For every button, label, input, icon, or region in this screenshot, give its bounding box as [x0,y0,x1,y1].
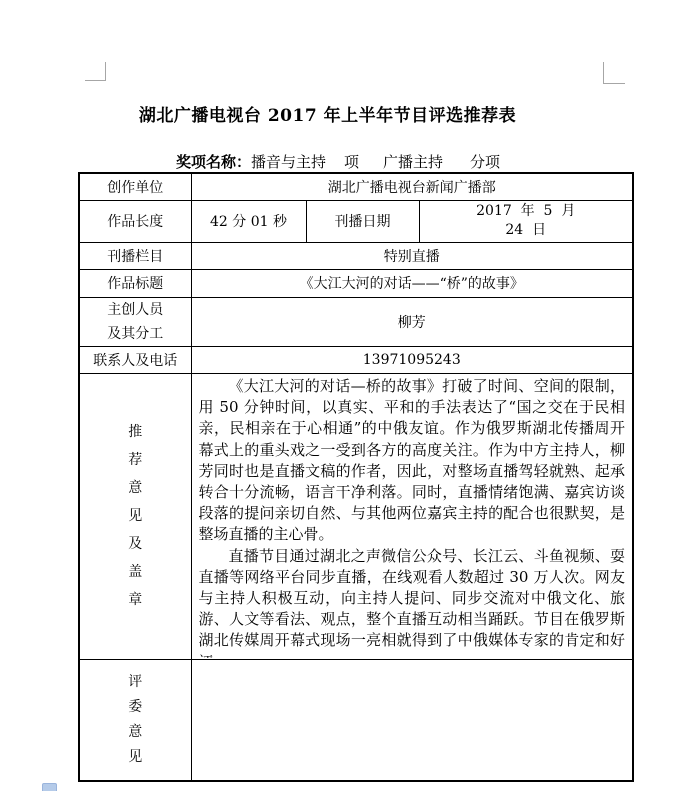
jury-opinion-value [191,659,633,781]
creators-value: 柳芳 [191,297,633,346]
program-column-label: 刊播栏目 [79,242,191,269]
recommendation-paragraph-2: 直播节目通过湖北之声微信公众号、长江云、斗鱼视频、耍直播等网络平台同步直播，在线… [199,546,626,658]
award-category-value: 播音与主持 [251,151,339,173]
contact-label: 联系人及电话 [79,346,191,373]
award-suffix-label: 分项 [470,153,500,171]
program-column-value: 特别直播 [191,242,633,269]
row-creation-unit: 创作单位 湖北广播电视台新闻广播部 [79,173,633,200]
award-name-label: 奖项名称： [176,153,251,171]
row-duration-date: 作品长度 42 分 01 秒 刊播日期 2017 年 5 月 24 日 [79,200,633,242]
creation-unit-value: 湖北广播电视台新闻广播部 [191,173,633,200]
recommendation-vertical-label: 推荐意见及盖章 [127,418,143,614]
contact-value: 13971095243 [191,346,633,373]
work-title-label: 作品标题 [79,269,191,297]
recommendation-text: 《大江大河的对话—桥的故事》打破了时间、空间的限制，用 50 分钟时间，以真实、… [192,374,633,658]
jury-vertical-label: 评委意见 [127,670,143,770]
row-jury-opinion: 评委意见 [79,659,633,781]
row-recommendation: 推荐意见及盖章 《大江大河的对话—桥的故事》打破了时间、空间的限制，用 50 分… [79,373,633,659]
award-name-line: 奖项名称：播音与主持项广播主持分项 [0,151,676,173]
recommendation-label-cell: 推荐意见及盖章 [79,373,191,659]
broadcast-date-value: 2017 年 5 月 24 日 [419,200,633,242]
award-subcategory-value: 广播主持 [366,151,470,173]
recommendation-paragraph-1: 《大江大河的对话—桥的故事》打破了时间、空间的限制，用 50 分钟时间，以真实、… [199,376,626,546]
broadcast-date-label: 刊播日期 [306,200,419,242]
award-mid-label: 项 [344,153,359,171]
work-title-value: 《大江大河的对话——“桥”的故事》 [191,269,633,297]
row-contact: 联系人及电话 13971095243 [79,346,633,373]
duration-label: 作品长度 [79,200,191,242]
row-work-title: 作品标题 《大江大河的对话——“桥”的故事》 [79,269,633,297]
text-boundary-corner-mark-top-left [85,62,106,81]
text-boundary-corner-mark-top-right [603,62,625,84]
row-program-column: 刊播栏目 特别直播 [79,242,633,269]
document-page: 湖北广播电视台 2017 年上半年节目评选推荐表 奖项名称：播音与主持项广播主持… [0,0,695,791]
jury-label-cell: 评委意见 [79,659,191,781]
bottom-edge-blue-fragment [42,783,57,791]
duration-value: 42 分 01 秒 [191,200,306,242]
row-creators: 主创人员 及其分工 柳芳 [79,297,633,346]
page-title: 湖北广播电视台 2017 年上半年节目评选推荐表 [0,101,655,126]
creators-label: 主创人员 及其分工 [79,297,191,346]
recommendation-form-table: 创作单位 湖北广播电视台新闻广播部 作品长度 42 分 01 秒 刊播日期 20… [78,172,634,782]
creation-unit-label: 创作单位 [79,173,191,200]
recommendation-text-cell: 《大江大河的对话—桥的故事》打破了时间、空间的限制，用 50 分钟时间，以真实、… [191,373,633,659]
